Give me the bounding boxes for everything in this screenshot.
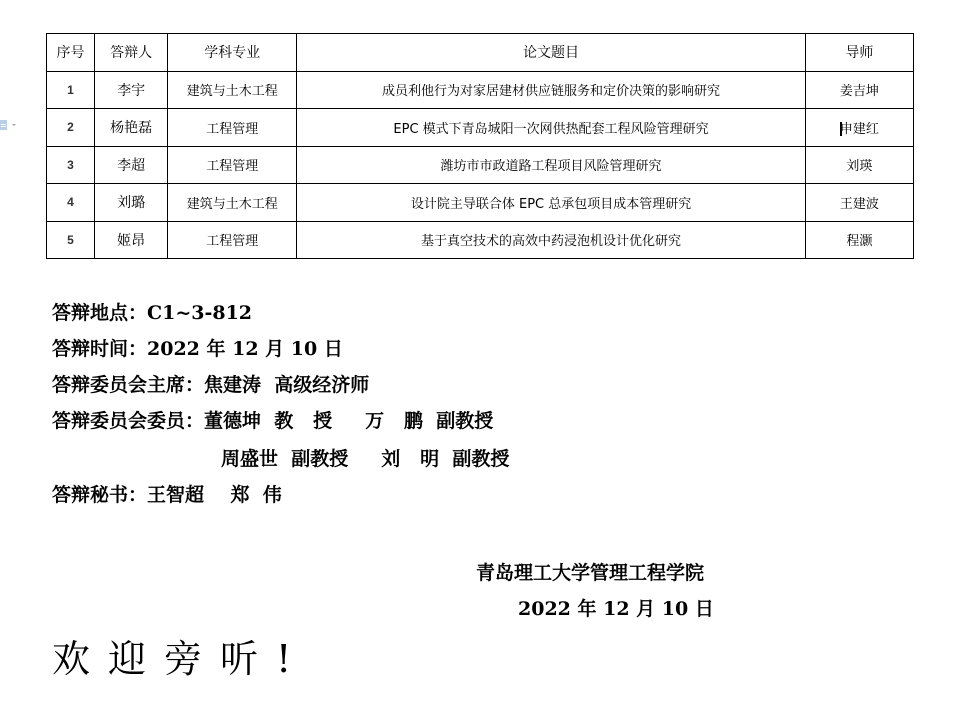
signature-organization: 青岛理工大学管理工程学院 xyxy=(476,558,704,585)
header-student: 答辩人 xyxy=(95,34,168,72)
defense-location: 答辩地点：C1~3-812 xyxy=(52,302,252,324)
row-student: 李超 xyxy=(95,146,168,184)
row-advisor: 刘瑛 xyxy=(805,146,913,184)
committee-chair: 答辩委员会主席：焦建涛 高级经济师 xyxy=(52,374,369,396)
row-no: 4 xyxy=(47,184,95,222)
row-major: 建筑与土木工程 xyxy=(168,71,297,109)
defense-secretary: 答辩秘书：王智超 郑 伟 xyxy=(52,484,282,506)
row-major: 工程管理 xyxy=(168,221,297,259)
row-advisor-cell[interactable]: 申建红 xyxy=(805,109,913,147)
table-row: 2 杨艳磊 工程管理 EPC 模式下青岛城阳一次网供热配套工程风险管理研究 申建… xyxy=(47,109,914,147)
committee-members-line1: 答辩委员会委员：董德坤 教 授 万 鹏 副教授 xyxy=(52,410,493,432)
row-advisor: 姜吉坤 xyxy=(805,71,913,109)
row-thesis-title: 潍坊市市政道路工程项目风险管理研究 xyxy=(297,146,806,184)
row-thesis-title: 设计院主导联合体 EPC 总承包项目成本管理研究 xyxy=(297,184,806,222)
row-thesis-title: 成员利他行为对家居建材供应链服务和定价决策的影响研究 xyxy=(297,71,806,109)
header-major: 学科专业 xyxy=(168,34,297,72)
row-no: 1 xyxy=(47,71,95,109)
table-row: 3 李超 工程管理 潍坊市市政道路工程项目风险管理研究 刘瑛 xyxy=(47,146,914,184)
row-student: 杨艳磊 xyxy=(95,109,168,147)
row-student: 刘璐 xyxy=(95,184,168,222)
table-row: 1 李宇 建筑与土木工程 成员利他行为对家居建材供应链服务和定价决策的影响研究 … xyxy=(47,71,914,109)
row-student: 姬昂 xyxy=(95,221,168,259)
row-major: 工程管理 xyxy=(168,109,297,147)
table-row: 4 刘璐 建筑与土木工程 设计院主导联合体 EPC 总承包项目成本管理研究 王建… xyxy=(47,184,914,222)
paste-options-icon[interactable] xyxy=(0,118,20,132)
row-student: 李宇 xyxy=(95,71,168,109)
welcome-text: 欢迎旁听! xyxy=(52,628,309,683)
defense-time: 答辩时间：2022 年 12 月 10 日 xyxy=(52,338,343,360)
row-advisor: 申建红 xyxy=(840,122,879,137)
row-major: 建筑与土木工程 xyxy=(168,184,297,222)
table-header-row: 序号 答辩人 学科专业 论文题目 导师 xyxy=(47,34,914,72)
row-thesis-title: 基于真空技术的高效中药浸泡机设计优化研究 xyxy=(297,221,806,259)
row-no: 5 xyxy=(47,221,95,259)
header-thesis-title: 论文题目 xyxy=(297,34,806,72)
row-no: 2 xyxy=(47,109,95,147)
signature-date: 2022 年 12 月 10 日 xyxy=(518,594,714,621)
header-advisor: 导师 xyxy=(805,34,913,72)
row-major: 工程管理 xyxy=(168,146,297,184)
row-advisor: 王建波 xyxy=(805,184,913,222)
row-thesis-title: EPC 模式下青岛城阳一次网供热配套工程风险管理研究 xyxy=(297,109,806,147)
committee-members-line2: 周盛世 副教授 刘 明 副教授 xyxy=(221,448,509,470)
row-advisor: 程灏 xyxy=(805,221,913,259)
header-no: 序号 xyxy=(47,34,95,72)
row-no: 3 xyxy=(47,146,95,184)
table-row: 5 姬昂 工程管理 基于真空技术的高效中药浸泡机设计优化研究 程灏 xyxy=(47,221,914,259)
defense-schedule-table: 序号 答辩人 学科专业 论文题目 导师 1 李宇 建筑与土木工程 成员利他行为对… xyxy=(46,33,914,259)
